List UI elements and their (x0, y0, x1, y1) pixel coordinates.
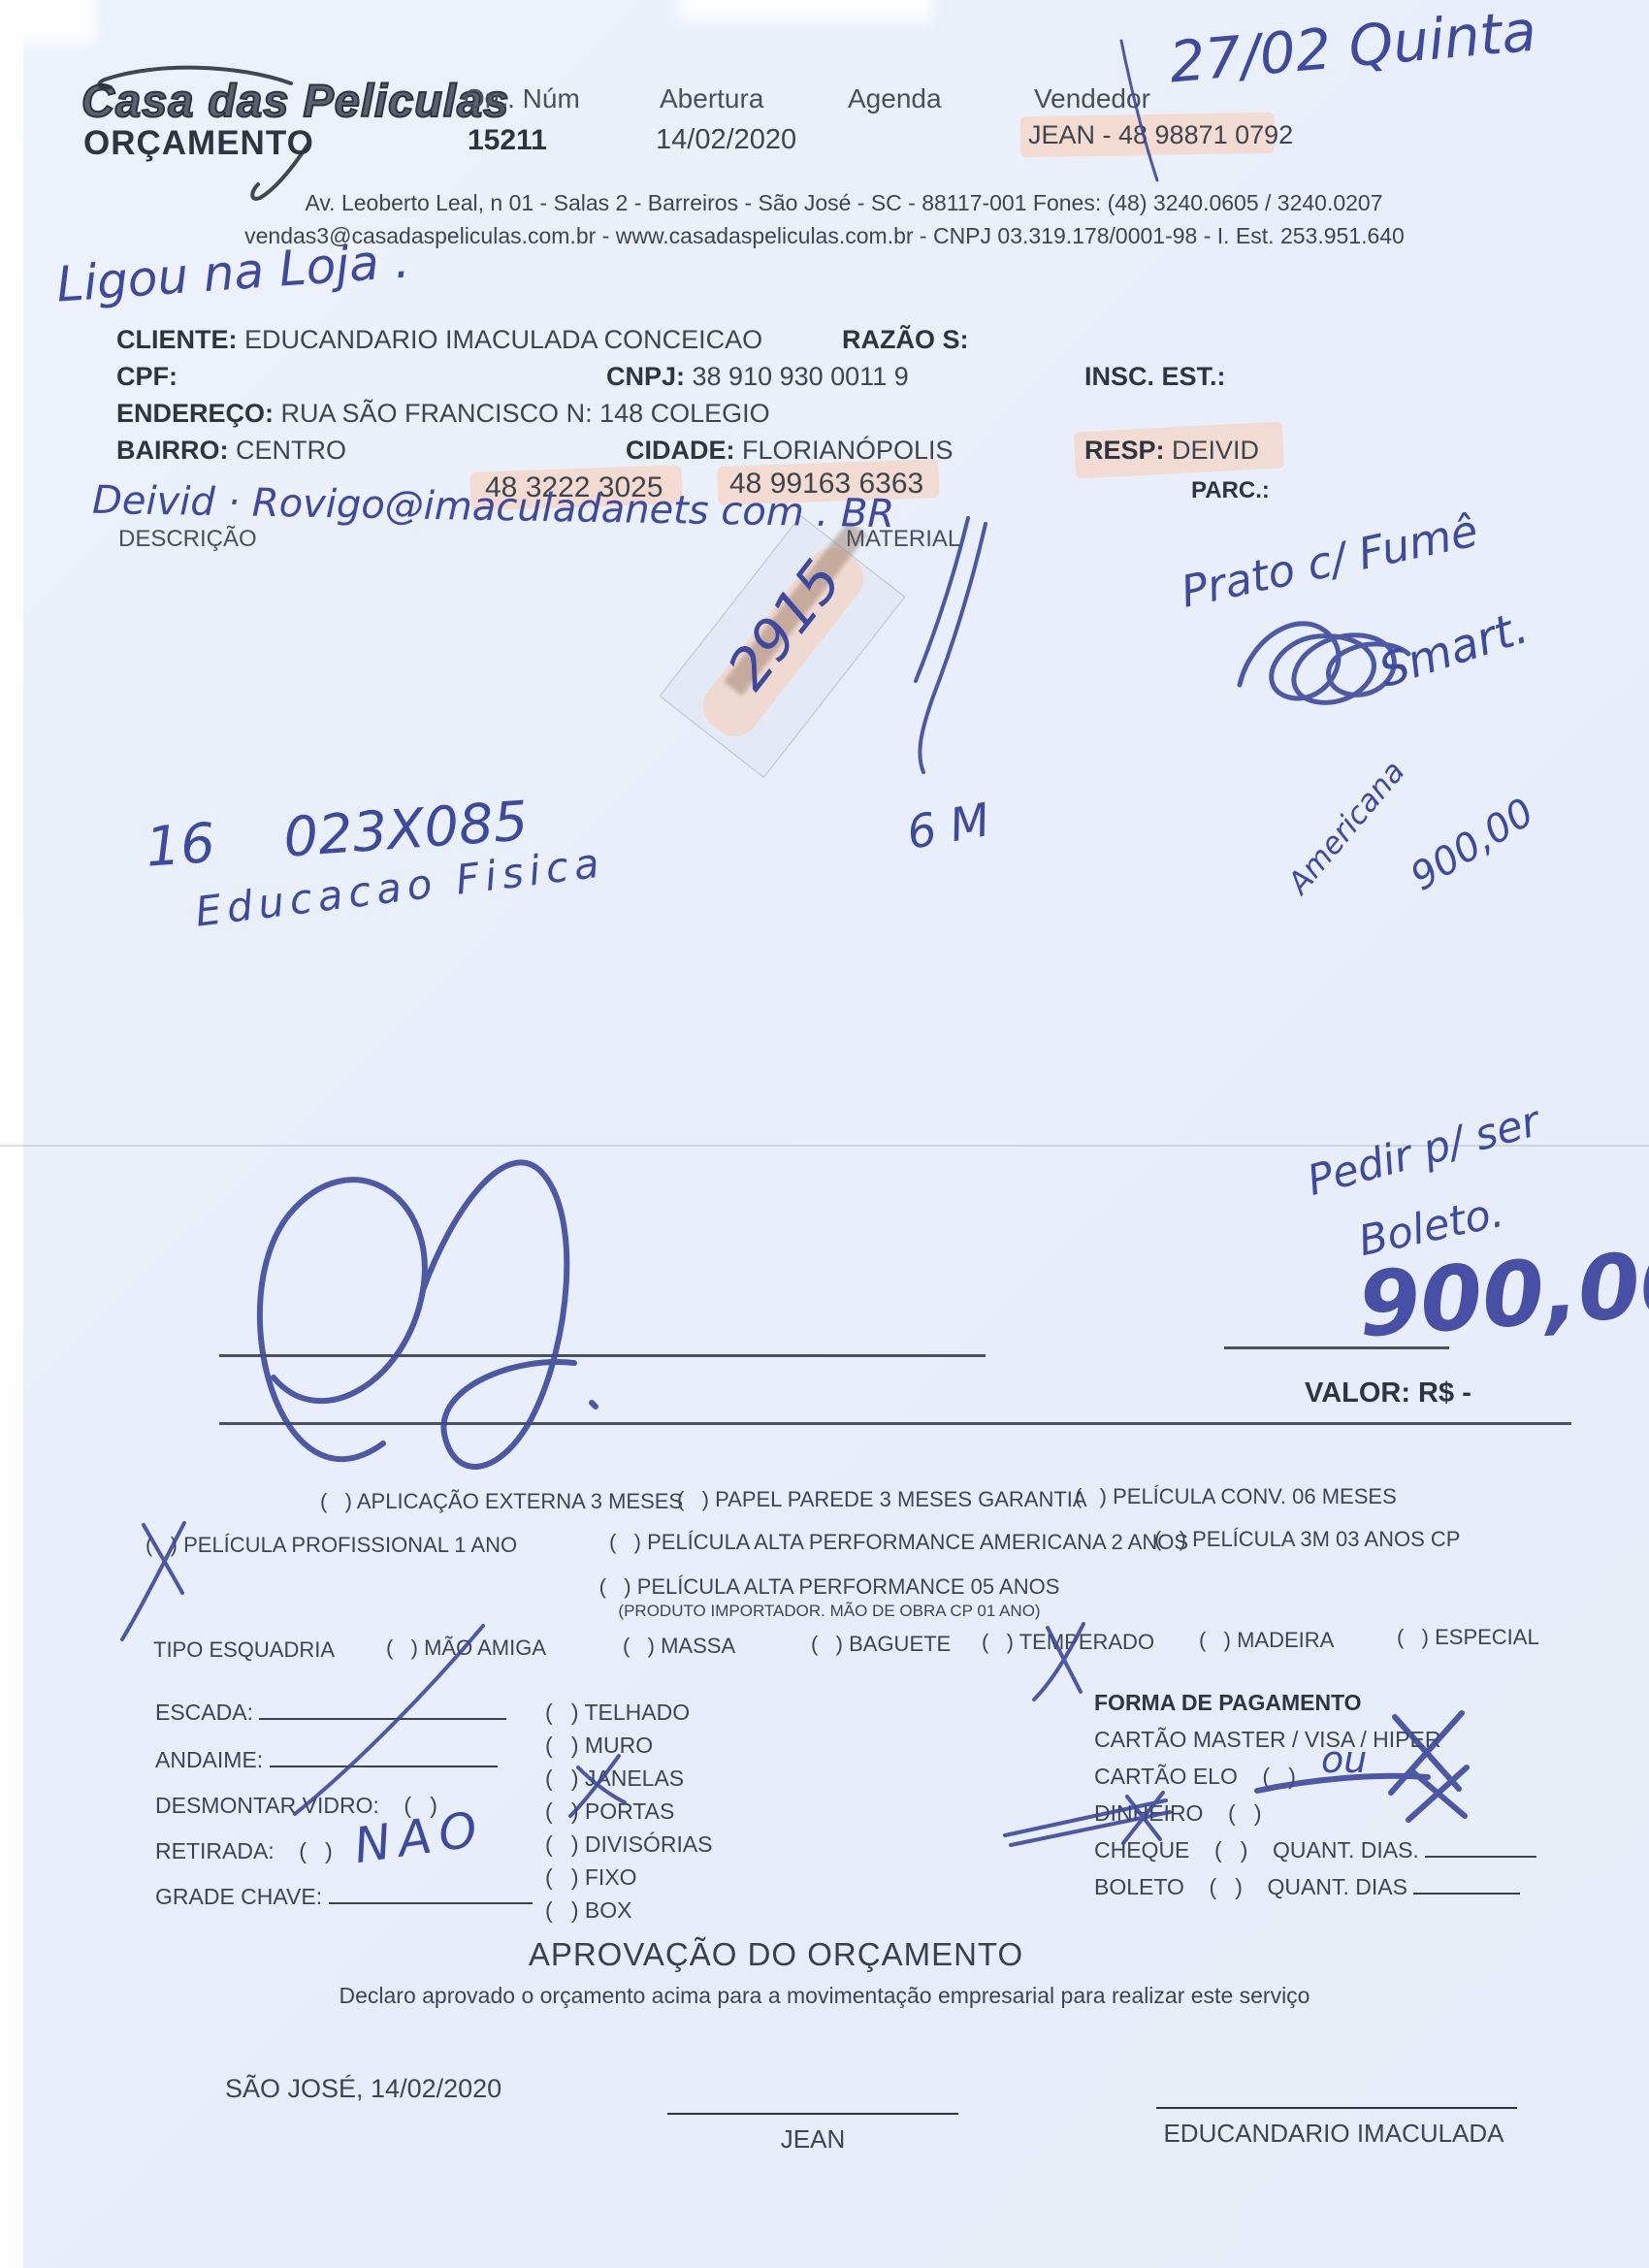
bairro-label: BAIRRO: (116, 436, 229, 465)
handwritten-item-length: 6 M (903, 794, 994, 860)
warranty-papel-parede: ( ) PAPEL PAREDE 3 MESES GARANTIA (677, 1487, 1087, 1512)
esquadria-massa: ( ) MASSA (623, 1634, 735, 1659)
cnpj-value: 38 910 930 0011 9 (685, 362, 909, 391)
option-fixo: ( ) FIXO (545, 1864, 637, 1891)
handwritten-americana-price: 900,00 (1403, 790, 1541, 899)
grade-chave-row: GRADE CHAVE: (155, 1884, 533, 1910)
orc-num-value: 15211 (468, 124, 547, 157)
esquadria-mao-amiga: ( ) MÃO AMIGA (386, 1636, 546, 1661)
cnpj-row: CNPJ: 38 910 930 0011 9 (606, 362, 909, 392)
escada-row: ESCADA: (155, 1700, 506, 1726)
approval-declaration: Declaro aprovado o orçamento acima para … (291, 1983, 1358, 2009)
option-telhado: ( ) TELHADO (545, 1700, 690, 1726)
resp-label: RESP: (1084, 436, 1165, 465)
company-logo: Casa das Peliculas (81, 74, 509, 127)
payment-boleto-label: BOLETO ( ) QUANT. DIAS (1094, 1874, 1407, 1899)
signature-flourish (260, 1162, 596, 1467)
address-line1: Av. Leoberto Leal, n 01 - Salas 2 - Barr… (242, 190, 1445, 216)
payment-cartao-elo: CARTÃO ELO ( ) (1094, 1764, 1296, 1790)
cliente-value: EDUCANDARIO IMACULADA CONCEICAO (238, 325, 763, 354)
handwritten-americana-note: Americana (1281, 755, 1412, 901)
payment-cartao-master: CARTÃO MASTER / VISA / HIPER (1094, 1727, 1440, 1753)
retirada-row: RETIRADA: ( ) (155, 1838, 333, 1864)
valor-label: VALOR: R$ - (1305, 1377, 1471, 1409)
signature-line-client (1156, 2107, 1517, 2109)
bairro-value: CENTRO (229, 436, 347, 465)
endereco-value: RUA SÃO FRANCISCO N: 148 COLEGIO (274, 399, 770, 428)
warranty-alta-perf-05-sub: (PRODUTO IMPORTADOR. MÃO DE OBRA CP 01 A… (543, 1602, 1115, 1621)
approval-city-date: SÃO JOSÉ, 14/02/2020 (225, 2074, 501, 2104)
orc-num-label: Orç. Núm (464, 83, 580, 114)
signature-line-vendor (667, 2113, 958, 2115)
cpf-label: CPF: (116, 362, 178, 392)
andaime-row: ANDAIME: (155, 1747, 498, 1773)
payment-boleto: BOLETO ( ) QUANT. DIAS (1094, 1874, 1520, 1900)
vendedor-label: Vendedor (1034, 83, 1150, 114)
scan-streak (679, 0, 931, 21)
handwritten-ligou-note: Ligou na Loja . (54, 232, 411, 312)
endereco-label: ENDEREÇO: (116, 399, 274, 428)
signature-name-vendor: JEAN (667, 2124, 958, 2155)
grade-chave-fill-line (329, 1902, 533, 1904)
razao-label: RAZÃO S: (842, 325, 969, 355)
approval-title: APROVAÇÃO DO ORÇAMENTO (524, 1936, 1028, 1973)
andaime-fill-line (270, 1766, 498, 1767)
payment-cheque: CHEQUE ( ) QUANT. DIAS. (1094, 1837, 1536, 1863)
cidade-label: CIDADE: (626, 436, 735, 465)
endereco-row: ENDEREÇO: RUA SÃO FRANCISCO N: 148 COLEG… (116, 399, 770, 429)
descricao-column-label: DESCRIÇÃO (118, 526, 257, 553)
insc-est-label: INSC. EST.: (1084, 362, 1226, 392)
handwritten-prato-note: Prato c/ Fumê (1177, 504, 1482, 618)
page-left-margin (0, 0, 23, 2268)
warranty-3m: ( ) PELÍCULA 3M 03 ANOS CP (1154, 1527, 1460, 1552)
esquadria-especial: ( ) ESPECIAL (1397, 1625, 1539, 1650)
doc-type-title: ORÇAMENTO (83, 124, 314, 163)
cliente-label: CLIENTE: (116, 325, 238, 354)
vendedor-value: JEAN - 48 98871 0792 (1028, 120, 1293, 150)
payment-dinheiro: DINHEIRO ( ) (1094, 1800, 1262, 1827)
cidade-row: CIDADE: FLORIANÓPOLIS (626, 436, 954, 466)
pen-double-slash (916, 518, 986, 772)
option-divisorias: ( ) DIVISÓRIAS (545, 1831, 713, 1858)
warranty-profissional: ( ) PELÍCULA PROFISSIONAL 1 ANO (145, 1533, 517, 1558)
handwritten-ou: ou (1321, 1738, 1367, 1781)
option-janelas: ( ) JANELAS (545, 1766, 684, 1792)
agenda-label: Agenda (848, 83, 942, 114)
option-box: ( ) BOX (545, 1897, 631, 1924)
resp-row: RESP: DEIVID (1084, 436, 1259, 466)
abertura-value: 14/02/2020 (656, 124, 796, 156)
handwritten-pedir-line1: Pedir p/ ser (1303, 1097, 1545, 1206)
warranty-alta-perf-05: ( ) PELÍCULA ALTA PERFORMANCE 05 ANOS (543, 1574, 1115, 1600)
option-portas: ( ) PORTAS (545, 1798, 674, 1825)
bairro-row: BAIRRO: CENTRO (116, 436, 346, 466)
cnpj-label: CNPJ: (606, 362, 685, 391)
boleto-dias-fill-line (1413, 1893, 1520, 1895)
esquadria-baguete: ( ) BAGUETE (811, 1632, 951, 1657)
section-divider-line (219, 1422, 1571, 1425)
cidade-value: FLORIANÓPOLIS (735, 436, 954, 465)
warranty-alta-perf-americana: ( ) PELÍCULA ALTA PERFORMANCE AMERICANA … (609, 1530, 1188, 1555)
escada-fill-line (259, 1718, 506, 1720)
cliente-row: CLIENTE: EDUCANDARIO IMACULADA CONCEICAO (116, 325, 762, 355)
scanned-budget-form: Casa das Peliculas ORÇAMENTO Orç. Núm 15… (0, 0, 1649, 2268)
payment-cheque-label: CHEQUE ( ) QUANT. DIAS. (1094, 1837, 1419, 1863)
andaime-label: ANDAIME: (155, 1747, 263, 1772)
option-muro: ( ) MURO (545, 1733, 653, 1759)
esquadria-temperado: ( ) TEMPERADO (982, 1630, 1154, 1655)
signature-name-client: EDUCANDARIO IMACULADA (1096, 2119, 1571, 2149)
warranty-pelicula-conv: ( ) PELÍCULA CONV. 06 MESES (1075, 1484, 1397, 1509)
esquadria-madeira: ( ) MADEIRA (1199, 1628, 1334, 1653)
abertura-label: Abertura (660, 83, 763, 114)
payment-title: FORMA DE PAGAMENTO (1094, 1690, 1362, 1716)
signature-rule-line (219, 1354, 986, 1357)
parc-label: PARC.: (1191, 477, 1270, 504)
handwritten-smart-note: Smart. (1373, 600, 1534, 698)
resp-value: DEIVID (1165, 436, 1260, 465)
esquadria-label: TIPO ESQUADRIA (153, 1637, 335, 1663)
handwritten-date-note: 27/02 Quinta (1167, 0, 1539, 95)
escada-label: ESCADA: (155, 1700, 253, 1725)
cheque-dias-fill-line (1425, 1856, 1536, 1858)
warranty-aplicacao-externa: ( ) APLICAÇÃO EXTERNA 3 MESES (320, 1489, 683, 1514)
grade-chave-label: GRADE CHAVE: (155, 1884, 322, 1909)
